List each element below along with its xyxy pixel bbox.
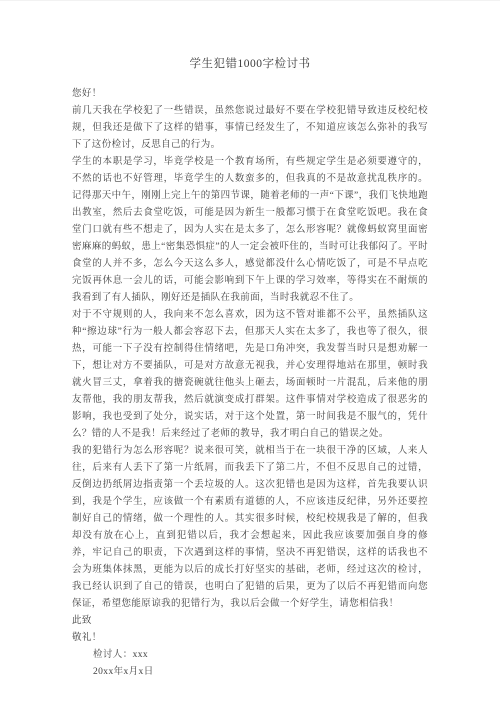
body-paragraph: 对于不守规则的人，我向来不怎么喜欢，因为这不管对谁都不公平，虽然插队这种“擦边球… bbox=[72, 307, 428, 443]
body-paragraph: 我的犯错行为怎么形容呢？说来很可笑，就相当于在一块很干净的区域，人来人往，后来有… bbox=[72, 443, 428, 613]
letter-content: 您好！ 前几天我在学校犯了一些错误，虽然您说过最好不要在学校犯错导致违反校纪校规… bbox=[72, 86, 428, 681]
closing-respect-line2: 敬礼！ bbox=[72, 630, 428, 647]
document-title: 学生犯错1000字检讨书 bbox=[0, 1, 500, 71]
closing-respect-line1: 此致 bbox=[72, 613, 428, 630]
document-page: 学生犯错1000字检讨书 您好！ 前几天我在学校犯了一些错误，虽然您说过最好不要… bbox=[0, 0, 500, 708]
date-line: 20xx年x月x日 bbox=[72, 664, 428, 681]
body-paragraph: 学生的本职是学习，毕竟学校是一个教育场所，有些规定学生是必须要遵守的，不然的话也… bbox=[72, 154, 428, 307]
salutation: 您好！ bbox=[72, 86, 428, 103]
body-paragraph: 前几天我在学校犯了一些错误，虽然您说过最好不要在学校犯错导致违反校纪校规，但我还… bbox=[72, 103, 428, 154]
signature-line: 检讨人：xxx bbox=[72, 647, 428, 664]
letter-body: 前几天我在学校犯了一些错误，虽然您说过最好不要在学校犯错导致违反校纪校规，但我还… bbox=[72, 103, 428, 613]
closing-block: 此致 敬礼！ 检讨人：xxx 20xx年x月x日 bbox=[72, 613, 428, 681]
